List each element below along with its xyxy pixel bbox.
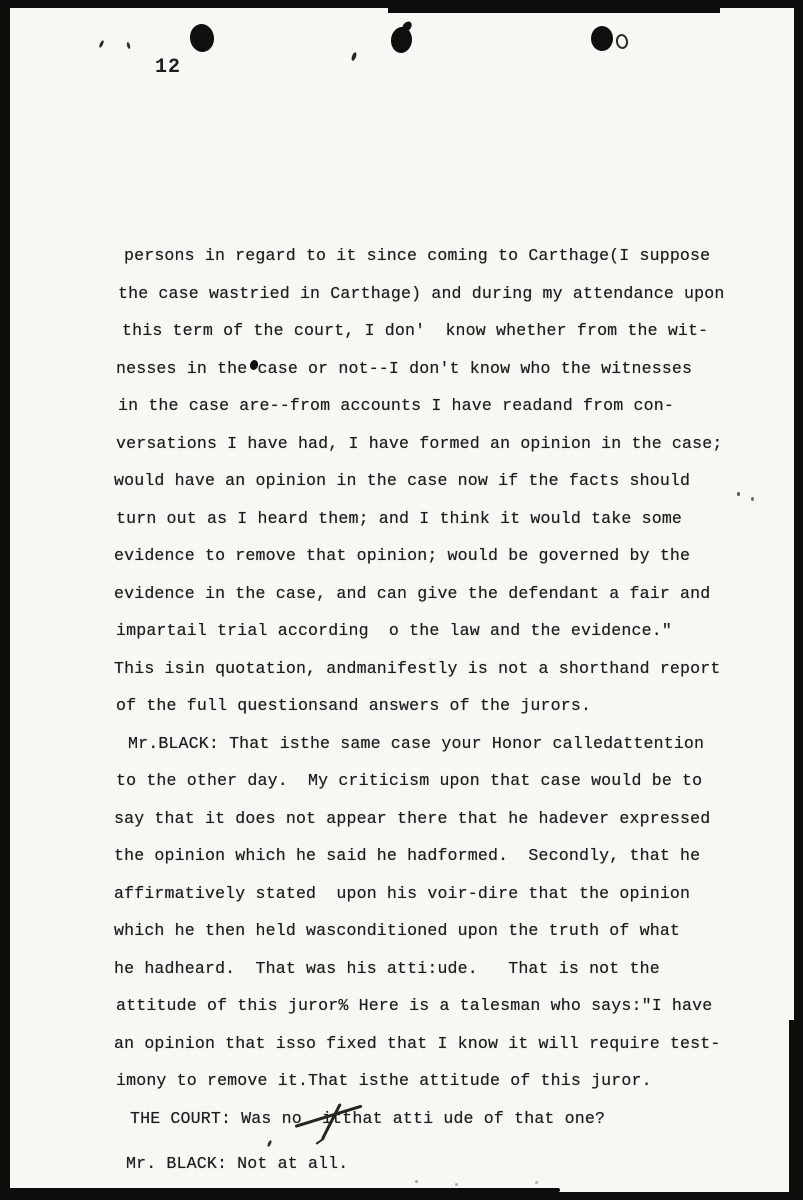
text-line: turn out as I heard them; and I think it… (116, 509, 682, 528)
ink-blob (455, 1183, 458, 1186)
text-line: which he then held wasconditioned upon t… (114, 921, 680, 940)
text-line: this term of the court, I don' know whet… (122, 321, 708, 340)
text-line: would have an opinion in the case now if… (114, 471, 690, 490)
text-line: persons in regard to it since coming to … (124, 246, 710, 265)
scanned-page: 12 persons in regard to it since coming … (0, 0, 803, 1200)
text-line: of the full questionsand answers of the … (116, 696, 591, 715)
text-line: the opinion which he said he hadformed. … (114, 846, 700, 865)
text-line: attitude of this juror% Here is a talesm… (116, 996, 712, 1015)
ink-blob (591, 26, 613, 51)
text-line: affirmatively stated upon his voir-dire … (114, 884, 690, 903)
text-line: the case wastried in Carthage) and durin… (118, 284, 724, 303)
text-line: an opinion that isso fixed that I know i… (114, 1034, 720, 1053)
text-line: Mr. BLACK: Not at all. (126, 1154, 348, 1173)
ink-blob (535, 1181, 538, 1184)
text-line: THE COURT: Was no itthat atti ude of tha… (130, 1109, 605, 1128)
ink-blob (751, 497, 754, 501)
text-line: versations I have had, I have formed an … (116, 434, 722, 453)
text-line: evidence to remove that opinion; would b… (114, 546, 690, 565)
text-line: evidence in the case, and can give the d… (114, 584, 710, 603)
text-line: say that it does not appear there that h… (114, 809, 710, 828)
text-line: This isin quotation, andmanifestly is no… (114, 659, 720, 678)
text-line: nesses in the case or not--I don't know … (116, 359, 692, 378)
text-line: imony to remove it.That isthe attitude o… (116, 1071, 652, 1090)
text-line: in the case are--from accounts I have re… (118, 396, 674, 415)
transcript-text: persons in regard to it since coming to … (0, 0, 803, 1200)
text-line: to the other day. My criticism upon that… (116, 771, 702, 790)
ink-blob (737, 492, 740, 496)
ink-blob (415, 1180, 418, 1183)
text-line: he hadheard. That was his atti:ude. That… (114, 959, 660, 978)
text-line: impartail trial according o the law and … (116, 621, 672, 640)
text-line: Mr.BLACK: That isthe same case your Hono… (128, 734, 704, 753)
